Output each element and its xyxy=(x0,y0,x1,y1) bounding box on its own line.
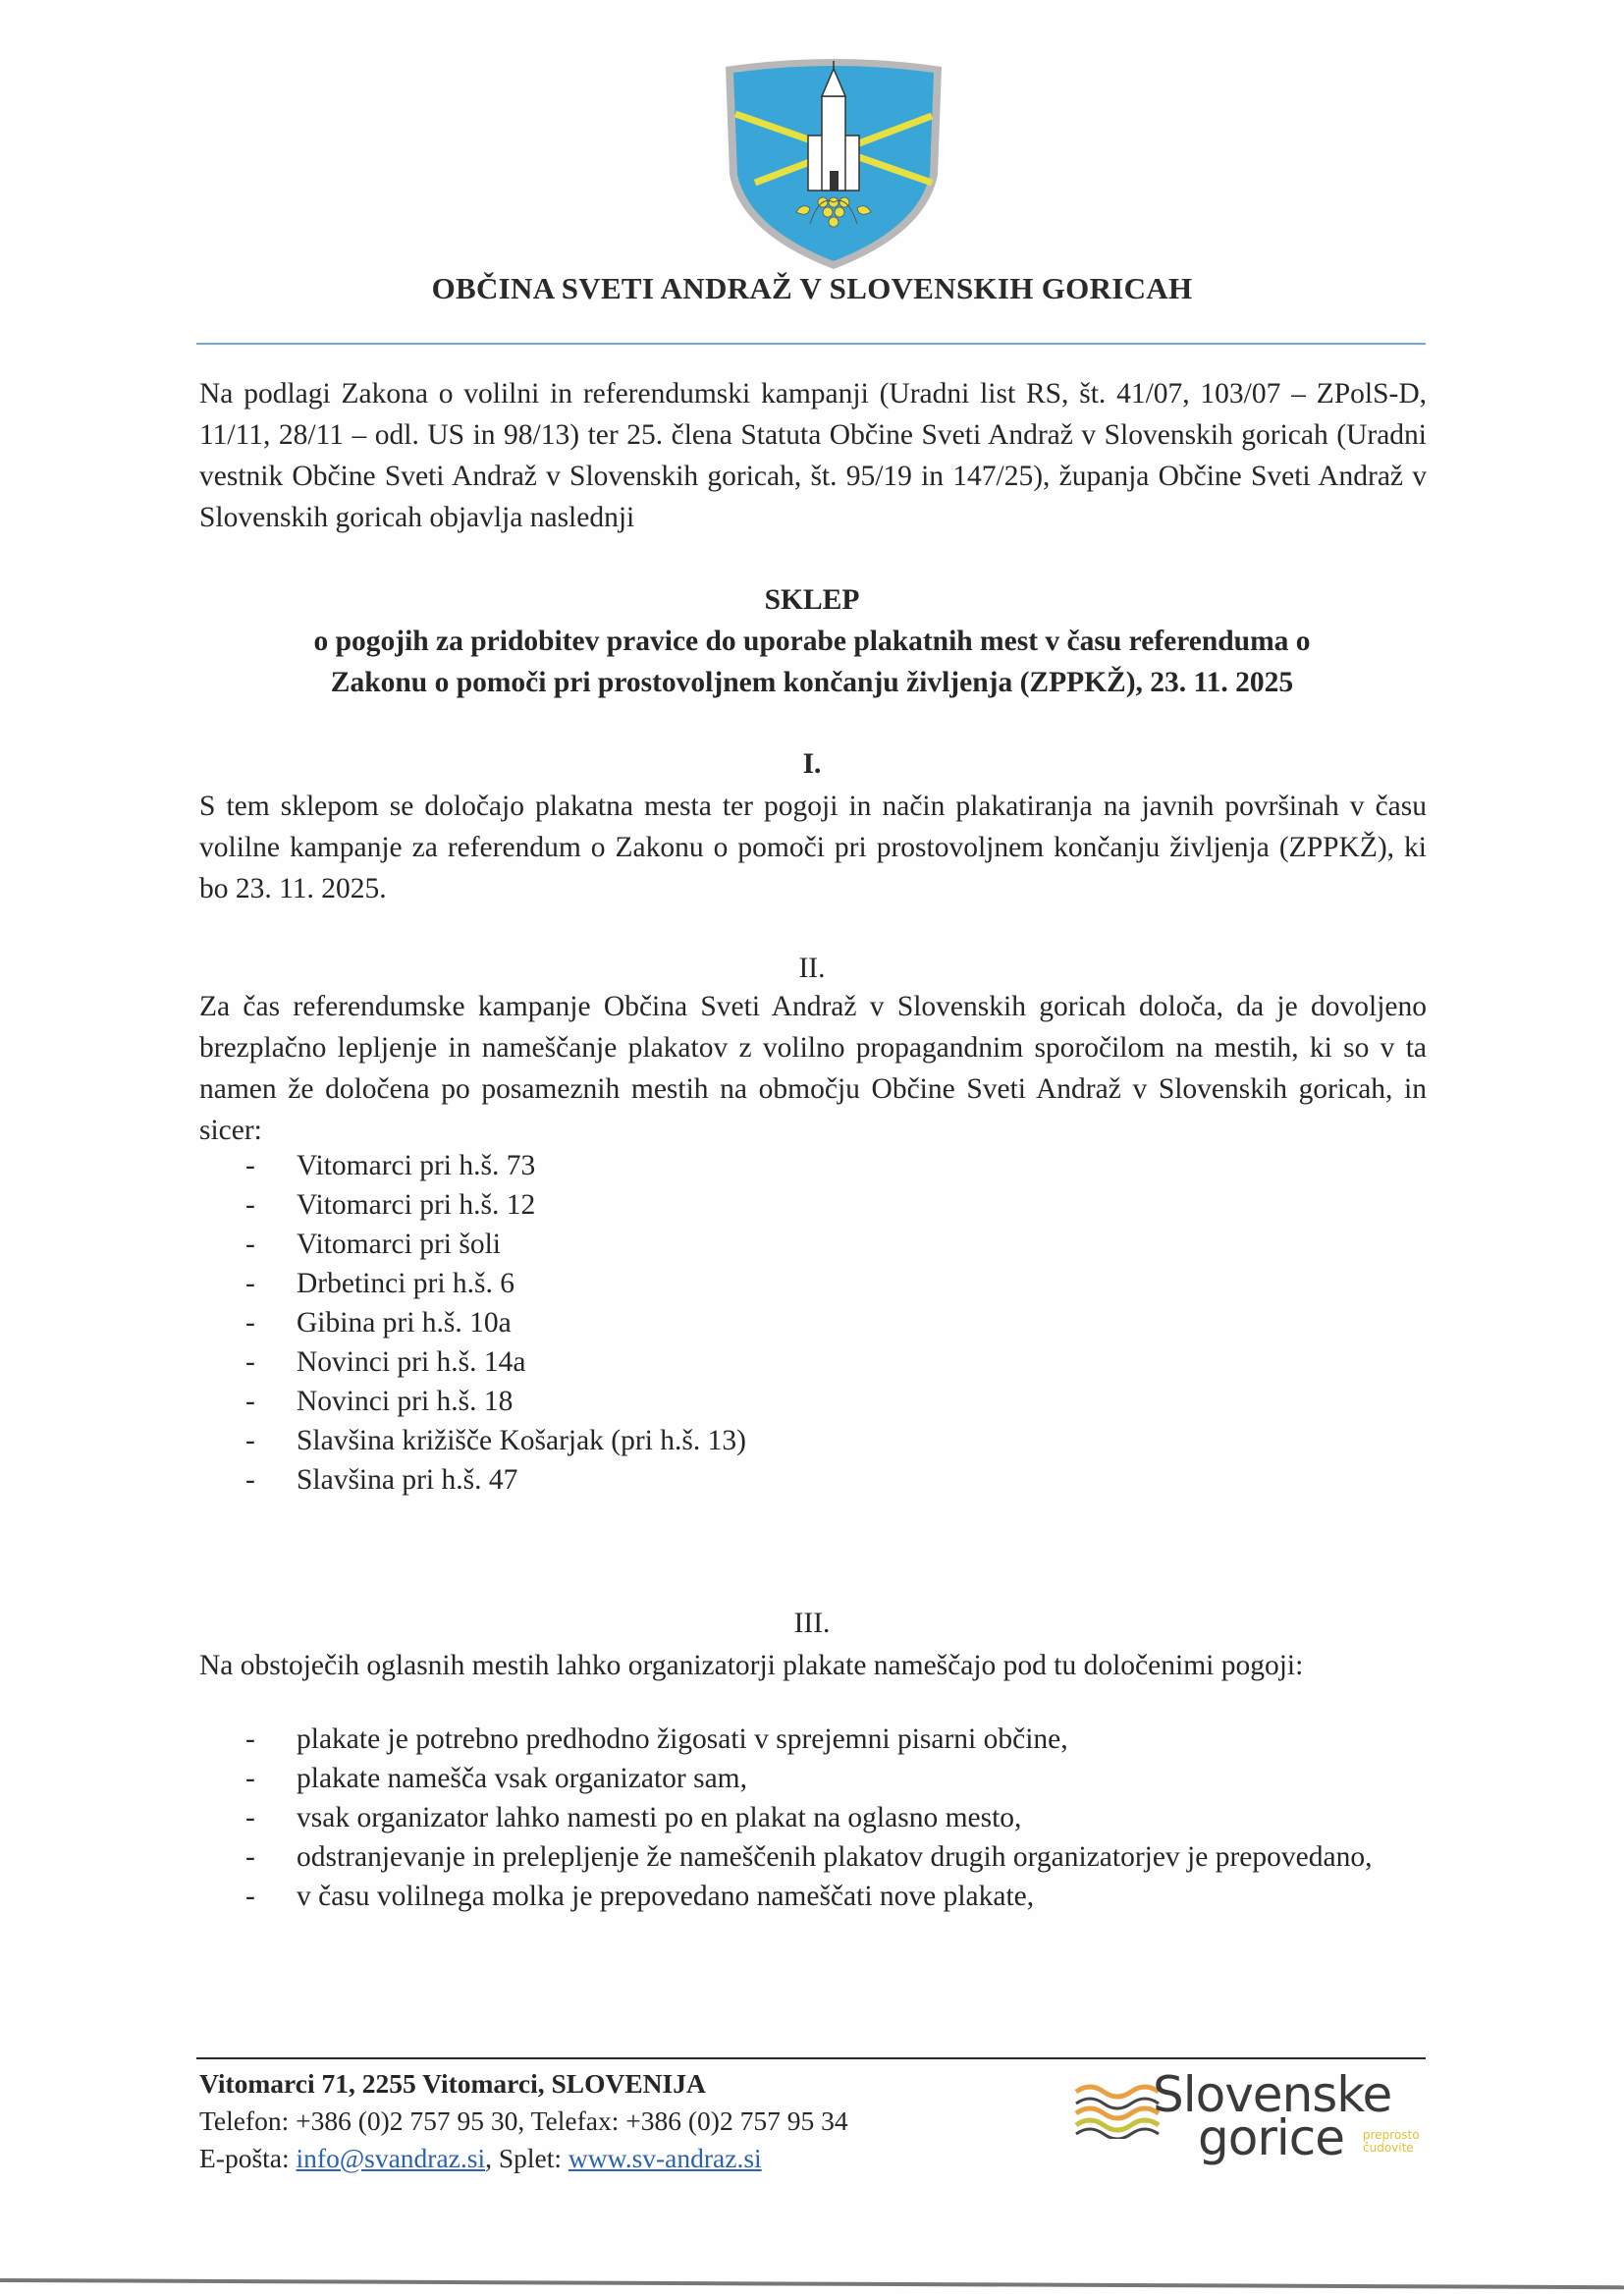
list-dash: - xyxy=(245,1342,255,1382)
list-item: -Slavšina pri h.š. 47 xyxy=(245,1460,746,1500)
municipality-name: OBČINA SVETI ANDRAŽ V SLOVENSKIH GORICAH xyxy=(0,271,1624,306)
scan-bottom-edge xyxy=(0,2278,1624,2289)
footer-phone: Telefon: +386 (0)2 757 95 30, Telefax: +… xyxy=(199,2103,848,2140)
list-dash: - xyxy=(245,1421,255,1460)
logo-tagline: preprosto čudovite xyxy=(1363,2129,1420,2155)
title-heading: SKLEP xyxy=(0,579,1624,621)
footer-address: Vitomarci 71, 2255 Vitomarci, SLOVENIJA xyxy=(199,2065,848,2103)
email-link[interactable]: info@svandraz.si xyxy=(297,2143,486,2173)
list-item: -Novinci pri h.š. 14a xyxy=(245,1342,746,1382)
section-2-text: Za čas referendumske kampanje Občina Sve… xyxy=(199,986,1427,1151)
list-dash: - xyxy=(245,1382,255,1421)
list-dash: - xyxy=(245,1720,255,1759)
title-line-2: Zakonu o pomoči pri prostovoljnem končan… xyxy=(0,662,1624,703)
header-divider xyxy=(196,343,1426,345)
list-dash: - xyxy=(245,1759,255,1798)
title-line-1: o pogojih za pridobitev pravice do upora… xyxy=(0,621,1624,662)
list-dash: - xyxy=(245,1460,255,1500)
list-dash: - xyxy=(245,1798,255,1837)
poster-locations-list: -Vitomarci pri h.š. 73 -Vitomarci pri h.… xyxy=(245,1146,746,1500)
website-link[interactable]: www.sv-andraz.si xyxy=(568,2143,762,2173)
slovenske-gorice-logo: Slovenske gorice preprosto čudovite xyxy=(1072,2072,1445,2180)
poster-conditions-list: -plakate je potrebno predhodno žigosati … xyxy=(245,1720,1427,1916)
list-item: -plakate je potrebno predhodno žigosati … xyxy=(245,1720,1427,1759)
section-1-number: I. xyxy=(0,743,1624,785)
footer-email-web: E-pošta: info@svandraz.si, Splet: www.sv… xyxy=(199,2140,848,2177)
section-3-text: Na obstoječih oglasnih mestih lahko orga… xyxy=(199,1645,1427,1686)
list-item: -vsak organizator lahko namesti po en pl… xyxy=(245,1798,1427,1837)
coat-of-arms-icon xyxy=(720,57,947,273)
list-item: -Vitomarci pri šoli xyxy=(245,1225,746,1264)
list-dash: - xyxy=(245,1146,255,1185)
list-dash: - xyxy=(245,1877,255,1916)
list-dash: - xyxy=(245,1303,255,1342)
list-dash: - xyxy=(245,1185,255,1225)
waves-icon xyxy=(1072,2080,1161,2139)
list-item: -plakate nameščа vsak organizator sam, xyxy=(245,1759,1427,1798)
intro-paragraph: Na podlagi Zakona o volilni in referendu… xyxy=(199,373,1427,538)
document-page: OBČINA SVETI ANDRAŽ V SLOVENSKIH GORICAH… xyxy=(0,0,1624,2296)
list-item: -Gibina pri h.š. 10a xyxy=(245,1303,746,1342)
list-item: -odstranjevanje in prelepljenje že nameš… xyxy=(245,1837,1427,1877)
list-item: -Vitomarci pri h.š. 73 xyxy=(245,1146,746,1185)
document-title: SKLEP o pogojih za pridobitev pravice do… xyxy=(0,579,1624,703)
footer-contact: Vitomarci 71, 2255 Vitomarci, SLOVENIJA … xyxy=(199,2065,848,2177)
logo-word-2: gorice xyxy=(1198,2109,1344,2166)
section-2-number: II. xyxy=(0,948,1624,989)
list-dash: - xyxy=(245,1264,255,1303)
footer-divider xyxy=(196,2057,1426,2059)
section-1-text: S tem sklepom se določajo plakatna mesta… xyxy=(199,786,1427,909)
list-dash: - xyxy=(245,1225,255,1264)
list-item: -Drbetinci pri h.š. 6 xyxy=(245,1264,746,1303)
list-item: -Slavšina križišče Košarjak (pri h.š. 13… xyxy=(245,1421,746,1460)
list-item: -v času volilnega molka je prepovedano n… xyxy=(245,1877,1427,1916)
list-item: -Vitomarci pri h.š. 12 xyxy=(245,1185,746,1225)
section-3-number: III. xyxy=(0,1603,1624,1644)
list-item: -Novinci pri h.š. 18 xyxy=(245,1382,746,1421)
list-dash: - xyxy=(245,1837,255,1877)
